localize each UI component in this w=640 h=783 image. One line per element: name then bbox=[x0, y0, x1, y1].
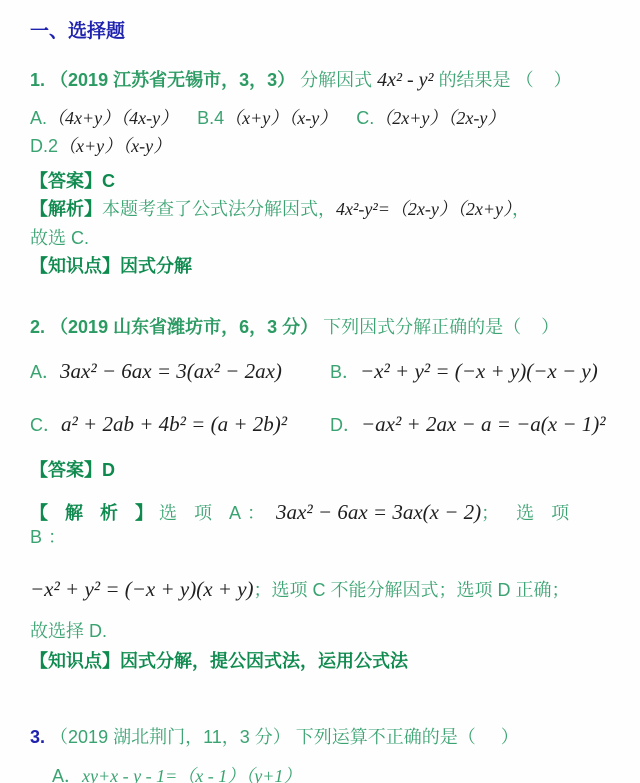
q1-answer-value: C bbox=[102, 171, 115, 191]
q2-kp-label: 【知识点】 bbox=[30, 651, 120, 671]
q2-option-d-math: −ax² + 2ax − a = −a(x − 1)² bbox=[361, 412, 606, 436]
q1-analysis-text: 本题考查了公式法分解因式， bbox=[102, 199, 336, 219]
question-1-answer: 【答案】C bbox=[30, 170, 612, 193]
q2-answer-value: D bbox=[102, 460, 115, 480]
q2-option-d-label: D． bbox=[330, 415, 361, 435]
worksheet-page: 一、选择题 1. （2019 江苏省无锡市，3，3） 分解因式 4x² - y²… bbox=[0, 0, 640, 783]
q1-analysis-label: 【解析】 bbox=[30, 199, 102, 219]
q2-analysis-seg1: 选 项 A： bbox=[159, 503, 271, 523]
q1-option-d-math: （x+y）（x-y） bbox=[58, 136, 171, 156]
question-3: 3. （2019 湖北荆门，11，3 分） 下列运算不正确的是（ ） A．xy+… bbox=[30, 726, 612, 783]
q2-option-c-label: C． bbox=[30, 415, 61, 435]
question-1-analysis: 【解析】本题考查了公式法分解因式，4x²-y²=（2x-y）（2x+y）， bbox=[30, 198, 612, 221]
q2-option-a-label: A． bbox=[30, 362, 60, 382]
q2-analysis-math2: −x² + y² = (−x + y)(x + y) bbox=[30, 577, 254, 601]
question-1-stem-math: 4x² - y² bbox=[377, 69, 433, 91]
question-2-answer: 【答案】D bbox=[30, 459, 612, 482]
q2-option-d: D．−ax² + 2ax − a = −a(x − 1)² bbox=[330, 411, 606, 437]
q1-answer-label: 【答案】 bbox=[30, 171, 102, 191]
q2-option-b-label: B． bbox=[330, 362, 360, 382]
q1-option-b-math: （x+y）（x-y） bbox=[224, 108, 337, 128]
question-3-stem: 下列运算不正确的是（ ） bbox=[296, 727, 519, 747]
q2-option-b: B．−x² + y² = (−x + y)(−x − y) bbox=[330, 358, 598, 384]
question-2-analysis-line1: 【 解 析 】选 项 A： 3ax² − 6ax = 3ax(x − 2)； 选… bbox=[30, 499, 612, 548]
question-1-stem-post: 的结果是 （ ） bbox=[439, 70, 572, 90]
question-2-analysis-line2: −x² + y² = (−x + y)(x + y)；选项 C 不能分解因式；选… bbox=[30, 576, 612, 602]
question-2-options-row2: C．a² + 2ab + 4b² = (a + 2b)² D．−ax² + 2a… bbox=[30, 411, 612, 437]
question-3-header: 3. （2019 湖北荆门，11，3 分） 下列运算不正确的是（ ） bbox=[30, 726, 612, 749]
q2-analysis-label: 【 解 析 】 bbox=[30, 503, 159, 523]
section-title: 一、选择题 bbox=[30, 20, 612, 44]
question-1-number: 1. bbox=[30, 70, 45, 90]
question-1-options-line2: D.2（x+y）（x-y） bbox=[30, 135, 612, 158]
q2-analysis-seg3: ；选项 C 不能分解因式；选项 D 正确； bbox=[254, 580, 570, 600]
q1-option-a-math: （4x+y）（4x-y） bbox=[47, 108, 178, 128]
question-1-options-line1: A.（4x+y）（4x-y） B.4（x+y）（x-y） C.（2x+y）（2x… bbox=[30, 107, 612, 130]
section-title-text: 一、选择题 bbox=[30, 21, 125, 42]
question-2-options-row1: A．3ax² − 6ax = 3(ax² − 2ax) B．−x² + y² =… bbox=[30, 358, 612, 384]
q1-analysis-conclusion: 故选 C. bbox=[30, 228, 89, 248]
q2-option-a: A．3ax² − 6ax = 3(ax² − 2ax) bbox=[30, 358, 330, 384]
q2-option-c-math: a² + 2ab + 4b² = (a + 2b)² bbox=[61, 412, 287, 436]
q1-kp-text: 因式分解 bbox=[120, 256, 192, 276]
q2-analysis-conclusion: 故选择 D. bbox=[30, 621, 107, 641]
q1-option-a-label: A. bbox=[30, 108, 47, 128]
question-2-header: 2. （2019 山东省潍坊市，6，3 分） 下列因式分解正确的是（ ） bbox=[30, 316, 612, 339]
q3-option-a-label: A． bbox=[52, 766, 82, 783]
q1-kp-label: 【知识点】 bbox=[30, 256, 120, 276]
question-1-analysis-line2: 故选 C. bbox=[30, 227, 612, 250]
q1-option-b-label: B.4 bbox=[197, 108, 224, 128]
question-2-number: 2. bbox=[30, 317, 45, 337]
question-1: 1. （2019 江苏省无锡市，3，3） 分解因式 4x² - y² 的结果是 … bbox=[30, 68, 612, 278]
q1-option-c-label: C. bbox=[356, 108, 374, 128]
question-1-source: （2019 江苏省无锡市，3，3） bbox=[50, 70, 295, 90]
question-1-stem-pre: 分解因式 bbox=[300, 70, 372, 90]
question-1-header: 1. （2019 江苏省无锡市，3，3） 分解因式 4x² - y² 的结果是 … bbox=[30, 68, 612, 93]
question-2-source: （2019 山东省潍坊市，6，3 分） bbox=[50, 317, 318, 337]
q2-answer-label: 【答案】 bbox=[30, 460, 102, 480]
question-1-knowledge-point: 【知识点】因式分解 bbox=[30, 255, 612, 278]
question-3-source: （2019 湖北荆门，11，3 分） bbox=[50, 727, 291, 747]
q1-option-d-label: D.2 bbox=[30, 136, 58, 156]
q2-option-b-math: −x² + y² = (−x + y)(−x − y) bbox=[360, 359, 598, 383]
q3-option-a-math: xy+x - y - 1=（x - 1）（y+1） bbox=[82, 766, 301, 783]
question-3-number: 3. bbox=[30, 727, 45, 747]
question-2-knowledge-point: 【知识点】因式分解，提公因式法，运用公式法 bbox=[30, 650, 612, 673]
q1-option-c-math: （2x+y）（2x-y） bbox=[374, 108, 505, 128]
question-3-option-a: A．xy+x - y - 1=（x - 1）（y+1） bbox=[30, 765, 612, 783]
q2-kp-text: 因式分解，提公因式法，运用公式法 bbox=[120, 651, 408, 671]
q1-analysis-tail: ， bbox=[512, 199, 530, 219]
q1-analysis-math: 4x²-y²=（2x-y）（2x+y） bbox=[336, 199, 512, 219]
q2-analysis-math1: 3ax² − 6ax = 3ax(x − 2) bbox=[276, 500, 481, 524]
q2-option-c: C．a² + 2ab + 4b² = (a + 2b)² bbox=[30, 411, 330, 437]
q2-option-a-math: 3ax² − 6ax = 3(ax² − 2ax) bbox=[60, 359, 282, 383]
question-2: 2. （2019 山东省潍坊市，6，3 分） 下列因式分解正确的是（ ） A．3… bbox=[30, 316, 612, 673]
question-2-stem: 下列因式分解正确的是（ ） bbox=[323, 317, 559, 337]
question-2-analysis-line3: 故选择 D. bbox=[30, 620, 612, 643]
